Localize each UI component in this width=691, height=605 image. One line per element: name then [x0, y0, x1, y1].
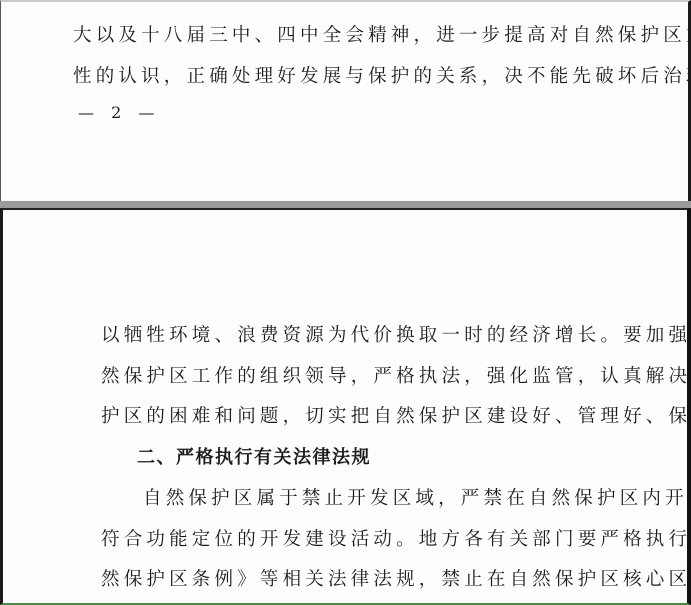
section-heading: 二、严格执行有关法律法规: [137, 446, 687, 470]
page-number: — 2 —: [78, 103, 160, 123]
text-line: 符合功能定位的开发建设活动。地方各有关部门要严格执行《自: [101, 528, 687, 552]
document-page-2: 大以及十八届三中、四中全会精神，进一步提高对自然保护区重要 性的认识，正确处理好…: [0, 0, 691, 201]
text-line: 性的认识，正确处理好发展与保护的关系，决不能先破坏后治理，: [73, 65, 688, 89]
text-line: 以牺牲环境、浪费资源为代价换取一时的经济增长。要加强对自: [101, 324, 687, 348]
text-line: 大以及十八届三中、四中全会精神，进一步提高对自然保护区重要: [73, 24, 688, 48]
text-line: 护区的困难和问题，切实把自然保护区建设好、管理好、保护好。: [101, 405, 687, 429]
document-page-3: 以牺牲环境、浪费资源为代价换取一时的经济增长。要加强对自 然保护区工作的组织领导…: [0, 208, 691, 605]
text-line: 然保护区工作的组织领导，严格执法，强化监管，认真解决自然保: [101, 365, 687, 389]
text-line: 自然保护区属于禁止开发区域，严禁在自然保护区内开展不: [143, 487, 687, 511]
text-line: 然保护区条例》等相关法律法规，禁止在自然保护区核心区、缓冲: [101, 568, 687, 592]
